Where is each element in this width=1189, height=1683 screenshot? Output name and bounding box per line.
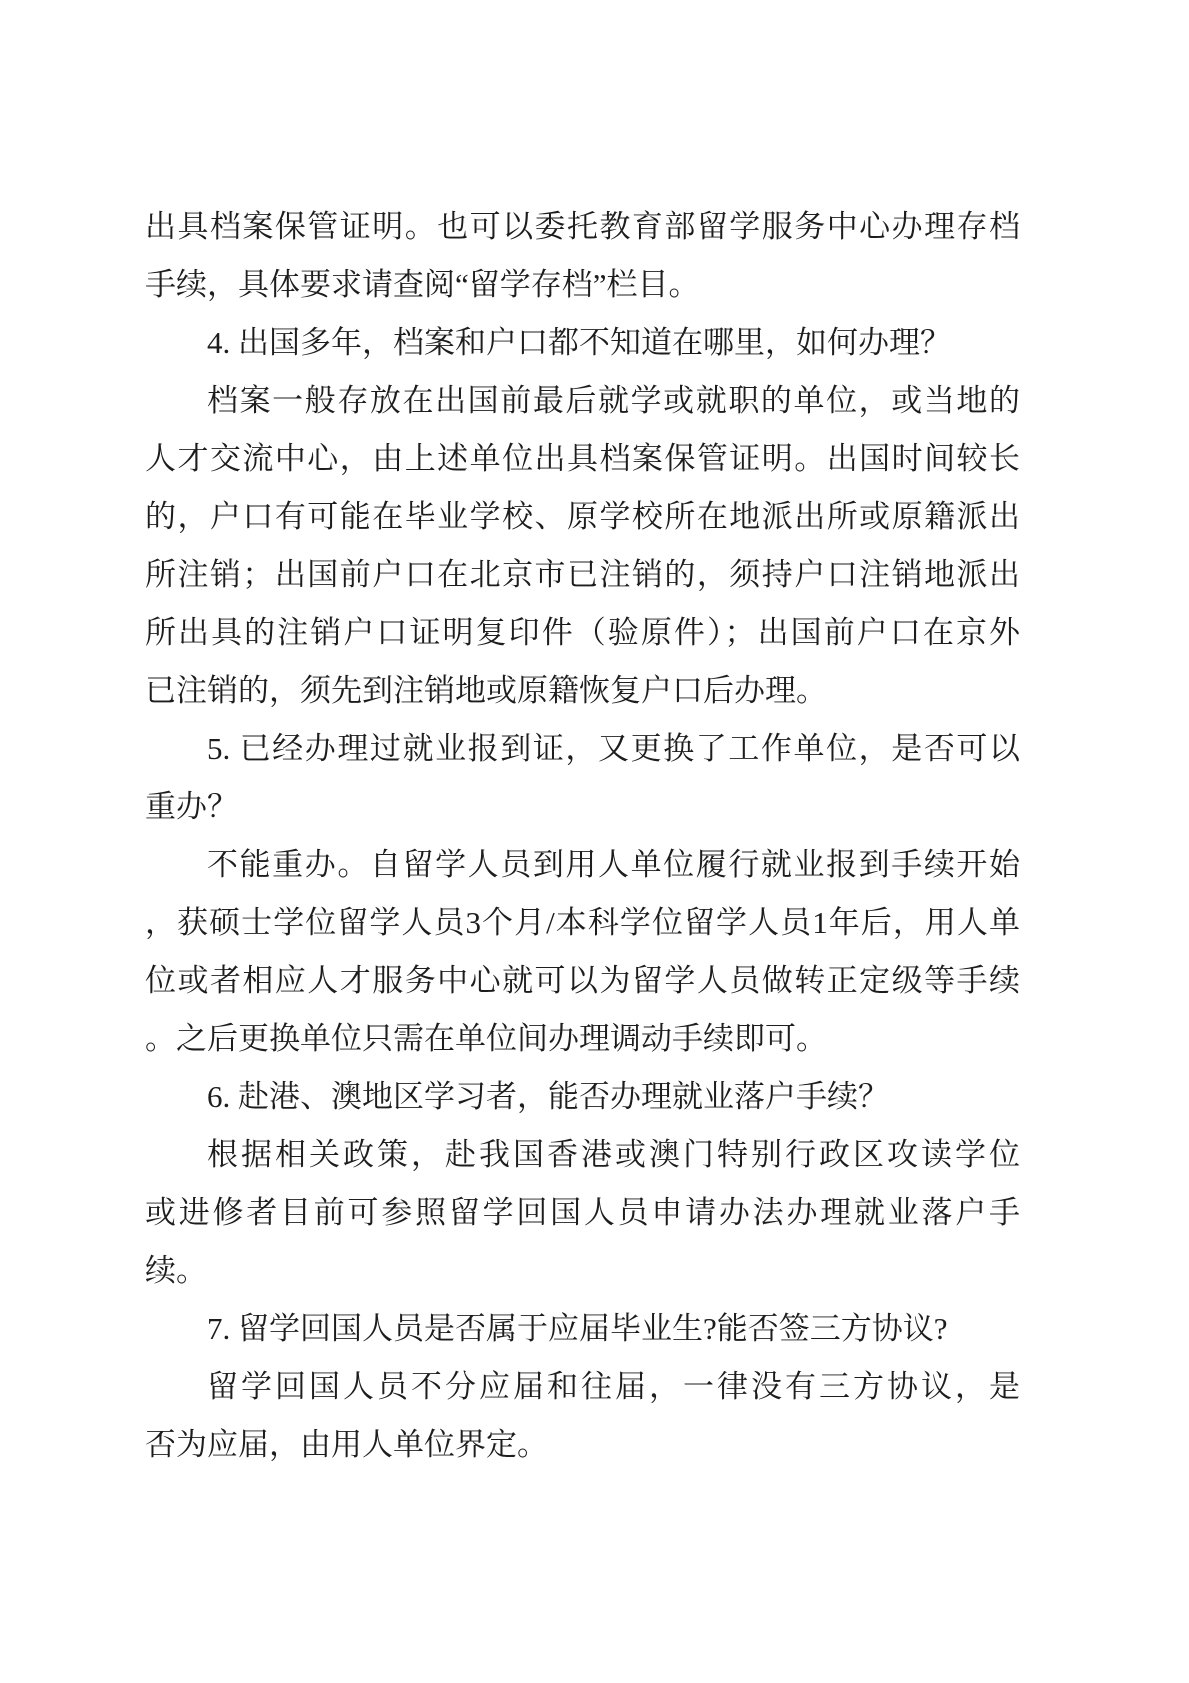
text-line: 重办？ (145, 778, 1020, 836)
text-line: 已注销的，须先到注销地或原籍恢复户口后办理。 (145, 662, 1020, 720)
text-line: 所注销；出国前户口在北京市已注销的，须持户口注销地派出 (145, 546, 1020, 604)
text-line: 。之后更换单位只需在单位间办理调动手续即可。 (145, 1010, 1020, 1068)
text-line: 6. 赴港、澳地区学习者，能否办理就业落户手续？ (145, 1068, 1020, 1126)
text-line: 否为应届，由用人单位界定。 (145, 1416, 1020, 1474)
text-line: 人才交流中心，由上述单位出具档案保管证明。出国时间较长 (145, 430, 1020, 488)
document-text-block: 出具档案保管证明。也可以委托教育部留学服务中心办理存档手续，具体要求请查阅“留学… (145, 198, 1020, 1474)
document-page: 出具档案保管证明。也可以委托教育部留学服务中心办理存档手续，具体要求请查阅“留学… (0, 0, 1189, 1683)
text-line: 7. 留学回国人员是否属于应届毕业生?能否签三方协议? (145, 1300, 1020, 1358)
text-line: 所出具的注销户口证明复印件（验原件）；出国前户口在京外 (145, 604, 1020, 662)
text-line: 出具档案保管证明。也可以委托教育部留学服务中心办理存档 (145, 198, 1020, 256)
text-line: 手续，具体要求请查阅“留学存档”栏目。 (145, 256, 1020, 314)
text-line: 留学回国人员不分应届和往届，一律没有三方协议，是 (145, 1358, 1020, 1416)
text-line: 或进修者目前可参照留学回国人员申请办法办理就业落户手 (145, 1184, 1020, 1242)
text-line: 不能重办。自留学人员到用人单位履行就业报到手续开始 (145, 836, 1020, 894)
text-line: ，获硕士学位留学人员3个月/本科学位留学人员1年后，用人单 (145, 894, 1020, 952)
text-line: 的，户口有可能在毕业学校、原学校所在地派出所或原籍派出 (145, 488, 1020, 546)
text-line: 5. 已经办理过就业报到证，又更换了工作单位，是否可以 (145, 720, 1020, 778)
text-line: 根据相关政策，赴我国香港或澳门特别行政区攻读学位 (145, 1126, 1020, 1184)
text-line: 4. 出国多年，档案和户口都不知道在哪里，如何办理？ (145, 314, 1020, 372)
text-line: 位或者相应人才服务中心就可以为留学人员做转正定级等手续 (145, 952, 1020, 1010)
text-line: 续。 (145, 1242, 1020, 1300)
text-line: 档案一般存放在出国前最后就学或就职的单位，或当地的 (145, 372, 1020, 430)
